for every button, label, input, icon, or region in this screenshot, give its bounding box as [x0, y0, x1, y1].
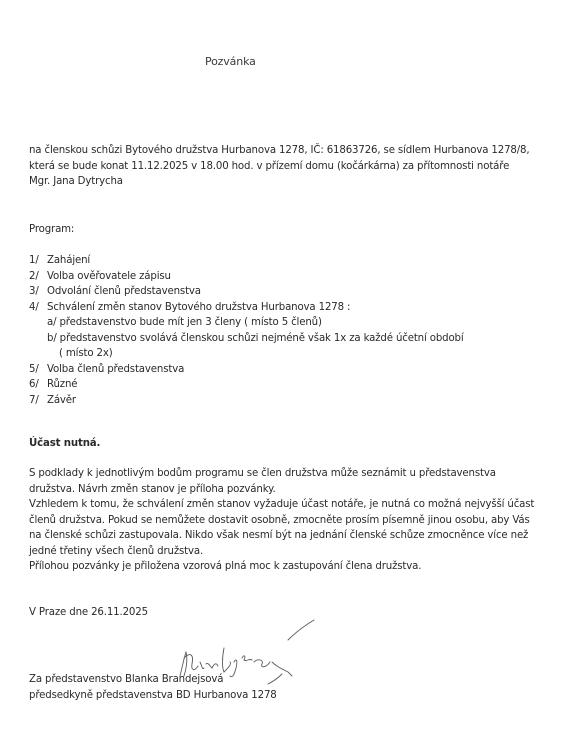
body-line: Přílohou pozvánky je přiložena vzorová p… — [29, 559, 534, 575]
body-line: družstva. Návrh změn stanov je příloha p… — [29, 482, 534, 498]
program-item-number: 4/ — [29, 300, 47, 316]
program-subitem: b/ představenstvo svolává členskou schůz… — [29, 331, 464, 347]
body-line: S podklady k jednotlivým bodům programu … — [29, 466, 534, 482]
program-item: 3/Odvolání členů představenstva — [29, 284, 464, 300]
date-line: V Praze dne 26.11.2025 — [29, 605, 148, 621]
program-item-number: 1/ — [29, 253, 47, 269]
document-title: Pozvánka — [205, 55, 256, 68]
body-line: členů družstva. Pokud se nemůžete dostav… — [29, 513, 534, 529]
program-item-text: Různé — [47, 379, 77, 390]
program-item: 1/Zahájení — [29, 253, 464, 269]
attendance-notice: Účast nutná. — [29, 436, 100, 452]
program-item: 2/Volba ověřovatele zápisu — [29, 269, 464, 285]
program-subitem: a/ představenstvo bude mít jen 3 členy (… — [29, 315, 464, 331]
body-line: Vzhledem k tomu, že schválení změn stano… — [29, 497, 534, 513]
program-item: 4/Schválení změn stanov Bytového družstv… — [29, 300, 464, 316]
program-item-number: 3/ — [29, 284, 47, 300]
signatory-role: předsedkyně představenstva BD Hurbanova … — [29, 688, 277, 704]
intro-paragraph: na členskou schůzi Bytového družstva Hur… — [29, 143, 529, 190]
body-line: na členské schůzi zastupovala. Nikdo vša… — [29, 528, 534, 544]
intro-line: na členskou schůzi Bytového družstva Hur… — [29, 143, 529, 159]
signatory-name: Za představenstvo Blanka Brandejsová — [29, 672, 277, 688]
program-label: Program: — [29, 222, 74, 238]
program-list: 1/Zahájení 2/Volba ověřovatele zápisu 3/… — [29, 253, 464, 408]
program-item-number: 2/ — [29, 269, 47, 285]
program-item-text: Schválení změn stanov Bytového družstva … — [47, 302, 350, 313]
body-line: jedné třetiny všech členů družstva. — [29, 544, 534, 560]
program-item-number: 5/ — [29, 362, 47, 378]
signature-block: Za představenstvo Blanka Brandejsová pře… — [29, 672, 277, 703]
intro-line: která se bude konat 11.12.2025 v 18.00 h… — [29, 159, 529, 175]
body-paragraph: S podklady k jednotlivým bodům programu … — [29, 466, 534, 575]
program-item-text: Závěr — [47, 395, 76, 406]
intro-line: Mgr. Jana Dytrycha — [29, 174, 529, 190]
program-item: 6/Různé — [29, 377, 464, 393]
program-item-text: Odvolání členů představenstva — [47, 286, 201, 297]
program-item: 5/Volba členů představenstva — [29, 362, 464, 378]
program-subitem-continuation: ( místo 2x) — [29, 346, 464, 362]
program-item-number: 6/ — [29, 377, 47, 393]
program-item-text: Volba ověřovatele zápisu — [47, 271, 171, 282]
program-item: 7/Závěr — [29, 393, 464, 409]
program-item-number: 7/ — [29, 393, 47, 409]
program-item-text: Volba členů představenstva — [47, 364, 184, 375]
program-item-text: Zahájení — [47, 255, 90, 266]
